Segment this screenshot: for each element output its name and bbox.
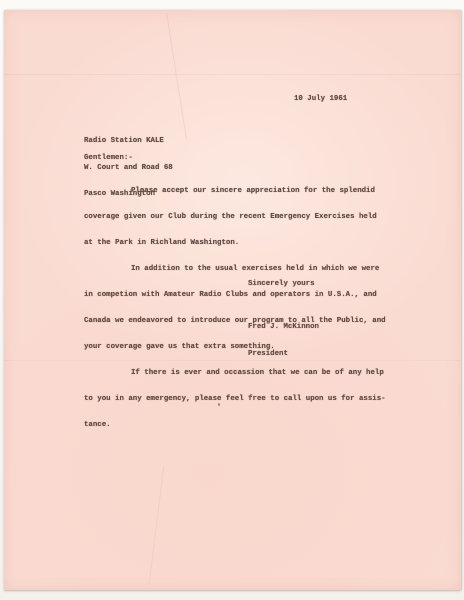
body-line: Canada we endeavored to introduce our pr…	[84, 317, 386, 326]
body-line: to you in any emergency, please feel fre…	[84, 395, 386, 404]
paper-speck	[218, 403, 220, 406]
body-line: at the Park in Richland Washington.	[84, 239, 386, 248]
body-line: Please accept our sincere appreciation f…	[84, 187, 386, 196]
letter-date: 10 July 1961	[294, 95, 347, 103]
paper-crease	[149, 465, 165, 584]
recipient-name: Radio Station KALE	[84, 137, 173, 146]
signature-title: President	[248, 350, 319, 359]
body-line: tance.	[84, 421, 386, 430]
salutation: Gentlemen:-	[84, 154, 133, 162]
letter-body: Please accept our sincere appreciation f…	[84, 170, 386, 447]
body-line: coverage given our Club during the recen…	[84, 213, 386, 222]
letter-paper: 10 July 1961 Radio Station KALE W. Court…	[4, 10, 461, 590]
body-line: your coverage gave us that extra somethi…	[84, 343, 386, 352]
body-line: In addition to the usual exercises held …	[84, 265, 386, 274]
closing: Sincerely yours	[248, 280, 315, 288]
body-line: in competion with Amateur Radio Clubs an…	[84, 291, 386, 300]
paper-crease	[4, 74, 461, 75]
signature-block: Fred J. McKinnon President	[248, 305, 319, 377]
signature-name: Fred J. McKinnon	[248, 323, 319, 332]
body-line: If there is ever and occassion that we c…	[84, 369, 386, 378]
scanned-letter: 10 July 1961 Radio Station KALE W. Court…	[0, 0, 464, 600]
